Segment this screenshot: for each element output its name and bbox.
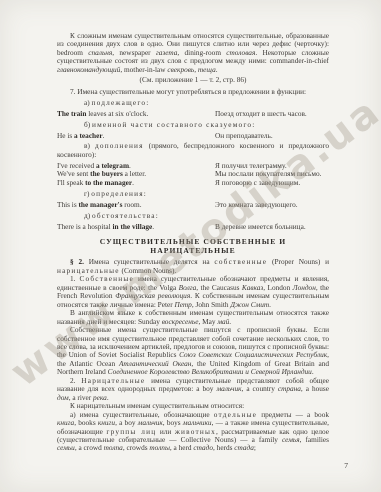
emphasized-text: a teacher [74,131,103,140]
body-text: 7. Имена существительные могут употребля… [70,87,306,96]
function-label: г) определения: [57,190,329,198]
body-text: . [132,178,134,187]
example-russian: Поезд отходит в шесть часов. [215,110,329,118]
body-text: , herds [213,443,234,452]
reference-note: (См. приложение 1 — т. 2, стр. 86) [57,76,329,84]
page-number: 7 [344,461,348,470]
body-text: Он преподаватель. [215,131,273,140]
example-english: This is the manager's room. [57,201,215,209]
body-text: He is [57,131,74,140]
section-heading: СУЩЕСТВИТЕЛЬНЫЕ СОБСТВЕННЫЕ И НАРИЦАТЕЛЬ… [57,238,329,255]
emphasized-text: in the village [113,222,153,231]
example-row: This is the manager's room.Это комната з… [57,201,329,209]
translation-text: главнокомандующий [57,65,120,74]
body-text: б) [84,120,92,129]
body-text: . [216,65,218,74]
body-text: (Proper Nouns) и [267,257,329,266]
body-text: , mother-in-law [120,65,167,74]
example-group: The train leaves at six o'clock.Поезд от… [57,110,329,118]
paragraph: 1. Собственные имена существительные обо… [57,275,329,309]
translation-text: страна [278,384,301,393]
body-text: leaves at six o'clock. [86,109,148,118]
example-english: He is a teacher. [57,132,215,140]
spaced-term: обстоятельства: [92,211,159,220]
paragraph: § 2. Имена существительные делятся на со… [57,258,329,275]
body-text: , a crowd [75,443,104,452]
translation-text: мальчик [216,384,241,393]
example-russian: Я поговорю с заведующим. [215,179,329,187]
body-text: В деревне имеется больница. [215,222,306,231]
translation-text: дом [57,393,69,402]
body-text: , a house [301,384,329,393]
example-english: The train leaves at six o'clock. [57,110,215,118]
function-label: а) подлежащего: [57,99,329,107]
body-text: СУЩЕСТВИТЕЛЬНЫЕ СОБСТВЕННЫЕ И НАРИЦАТЕЛЬ… [100,237,287,254]
example-row: He is a teacher.Он преподаватель. [57,132,329,140]
function-label: д) обстоятельства: [57,212,329,220]
example-row: The train leaves at six o'clock.Поезд от… [57,110,329,118]
body-text: This is [57,200,79,209]
spaced-term: именной части составного сказуемого: [92,120,256,129]
paragraph: 2. Нарицательные имена существительные п… [57,377,329,402]
body-text: а) [84,98,92,107]
translation-text: семьи [57,443,75,452]
paragraph: К сложным именам существительным относят… [57,32,329,74]
body-text: room. [122,200,141,209]
body-text: , families [300,435,329,444]
translation-text: толпы [149,443,170,452]
body-text: ; [254,443,256,452]
example-english: There is a hospital in the village. [57,223,215,231]
body-text: There is a hospital [57,222,113,231]
example-row: There is a hospital in the village.В дер… [57,223,329,231]
body-text: Я поговорю с заведующим. [215,178,300,187]
example-group: There is a hospital in the village.В дер… [57,223,329,231]
example-russian: Он преподаватель. [215,132,329,140]
emphasized-text: to the manager [85,178,132,187]
body-text: д) [84,211,92,220]
paragraph: 7. Имена существительные могут употребля… [57,88,329,96]
function-label: б) именной части составного сказуемого: [57,121,329,129]
function-label: в) дополнения (прямого, беспредложного к… [57,142,329,159]
body-text: I'll speak [57,178,85,187]
example-group: He is a teacher.Он преподаватель. [57,132,329,140]
emphasized-text: the manager's [79,200,123,209]
body-text: , a country [242,384,278,393]
body-text: , a herd [170,443,194,452]
spaced-term: собственные [214,257,267,266]
example-russian: В деревне имеется больница. [215,223,329,231]
translation-text: стада [234,443,254,452]
body-text: , crowds [123,443,150,452]
example-row: I'll speak to the manager.Я поговорю с з… [57,179,329,187]
translation-text: свекровь, теща [167,65,215,74]
example-english: I'll speak to the manager. [57,179,215,187]
book-page: www.metodika.ua К сложным именам существ… [0,0,381,492]
body-text: Поезд отходит в шесть часов. [215,109,307,118]
body-text: Это комната заведующего. [215,200,298,209]
translation-text: семья [282,435,300,444]
paragraph: В английском языке к собственным именам … [57,309,329,326]
translation-text: толпа [104,443,123,452]
spaced-term: дополнения [95,141,144,150]
body-text: . [152,222,154,231]
translation-text: стадо [193,443,213,452]
example-group: This is the manager's room.Это комната з… [57,201,329,209]
example-group: I've received a telegram.Я получил телег… [57,162,329,187]
paragraph: а) имена существительные, обозначающие о… [57,411,329,453]
example-russian: Это комната заведующего. [215,201,329,209]
spaced-term: определения: [91,189,147,198]
paragraph: Собственные имена существительные пишутс… [57,326,329,377]
page-content: К сложным именам существительным относят… [57,32,329,453]
emphasized-text: The train [57,109,86,118]
body-text: . [103,131,105,140]
body-text: (См. приложение 1 — т. 2, стр. 86) [140,75,247,84]
spaced-term: подлежащего: [92,98,150,107]
